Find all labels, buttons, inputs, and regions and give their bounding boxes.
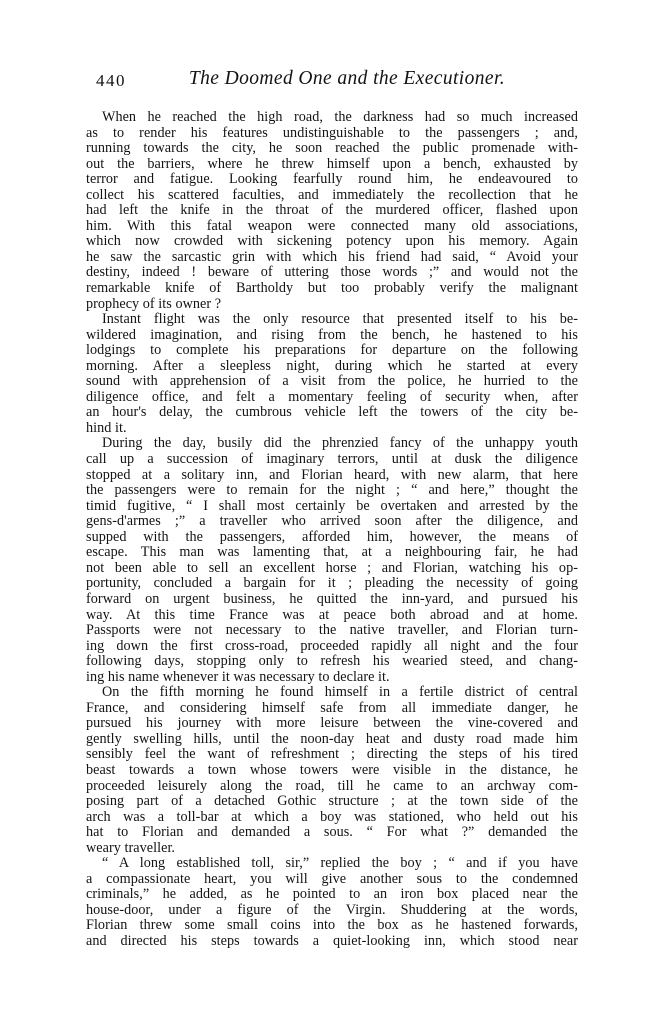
text-line: criminals,” he added, as he pointed to a… [86,887,578,903]
text-line: sensibly feel the want of refreshment ; … [86,747,578,763]
text-line: hat to Florian and demanded a sous. “ Fo… [86,825,578,841]
text-line: When he reached the high road, the darkn… [86,110,578,126]
text-line: On the fifth morning he found himself in… [86,685,578,701]
text-line: “ A long established toll, sir,” replied… [86,856,578,872]
text-line: and directed his steps towards a quiet-l… [86,934,578,950]
paragraph: On the fifth morning he found himself in… [86,685,578,856]
text-line: forward on urgent business, he quitted t… [86,592,578,608]
text-line: posing part of a detached Gothic structu… [86,794,578,810]
text-line: hind it. [86,421,578,437]
body-text: When he reached the high road, the darkn… [86,110,578,950]
text-line: morning. After a sleepless night, during… [86,359,578,375]
text-line: him. With this fatal weapon were connect… [86,219,578,235]
text-line: timid fugitive, “ I shall most certainly… [86,499,578,515]
text-line: portunity, concluded a bargain for it ; … [86,576,578,592]
paragraph: “ A long established toll, sir,” replied… [86,856,578,949]
text-line: had left the knife in the throat of the … [86,203,578,219]
text-line: a compassionate heart, you will give ano… [86,872,578,888]
text-line: ing his name whenever it was necessary t… [86,670,578,686]
text-line: out the barriers, where he threw himself… [86,157,578,173]
text-line: escape. This man was lamenting that, at … [86,545,578,561]
text-line: proceeded leisurely along the road, till… [86,779,578,795]
text-line: destiny, indeed ! beware of uttering tho… [86,265,578,281]
text-line: as to render his features undistinguisha… [86,126,578,142]
text-line: supped with the passengers, afforded him… [86,530,578,546]
text-line: house-door, under a figure of the Virgin… [86,903,578,919]
text-line: weary traveller. [86,841,578,857]
book-page: 440 The Doomed One and the Executioner. … [0,0,670,1031]
page-number: 440 [96,71,126,91]
text-line: sound with apprehension of a visit from … [86,374,578,390]
text-line: the passengers were to remain for the ni… [86,483,578,499]
running-title: The Doomed One and the Executioner. [86,68,578,90]
text-line: pursued his journey with more leisure be… [86,716,578,732]
text-line: terror and fatigue. Looking fearfully ro… [86,172,578,188]
text-line: he saw the sarcastic grin with which his… [86,250,578,266]
text-line: stopped at a solitary inn, and Florian h… [86,468,578,484]
text-line: running towards the city, he soon reache… [86,141,578,157]
text-line: call up a succession of imaginary terror… [86,452,578,468]
text-line: gens-d'armes ;” a traveller who arrived … [86,514,578,530]
text-line: arch was a toll-bar at which a boy was s… [86,810,578,826]
text-line: diligence office, and felt a momentary f… [86,390,578,406]
text-line: wildered imagination, and rising from th… [86,328,578,344]
text-line: Florian threw some small coins into the … [86,918,578,934]
text-line: prophecy of its owner ? [86,297,578,313]
text-line: an hour's delay, the cumbrous vehicle le… [86,405,578,421]
text-line: Instant flight was the only resource tha… [86,312,578,328]
text-line: During the day, busily did the phrenzied… [86,436,578,452]
paragraph: Instant flight was the only resource tha… [86,312,578,436]
text-line: France, and considering himself safe fro… [86,701,578,717]
text-line: ing down the first cross-road, proceeded… [86,639,578,655]
text-line: collect his scattered faculties, and imm… [86,188,578,204]
text-line: remarkable knife of Bartholdy but too pr… [86,281,578,297]
text-line: way. At this time France was at peace bo… [86,608,578,624]
text-line: which now crowded with sickening potency… [86,234,578,250]
text-line: gently swelling hills, until the noon-da… [86,732,578,748]
page-header: 440 The Doomed One and the Executioner. [86,68,578,94]
text-line: beast towards a town whose towers were v… [86,763,578,779]
text-line: following days, stopping only to refresh… [86,654,578,670]
paragraph: When he reached the high road, the darkn… [86,110,578,312]
page-content: 440 The Doomed One and the Executioner. … [86,68,578,950]
text-line: not been able to sell an excellent horse… [86,561,578,577]
text-line: Passports were not necessary to the nati… [86,623,578,639]
text-line: lodgings to complete his preparations fo… [86,343,578,359]
paragraph: During the day, busily did the phrenzied… [86,436,578,685]
